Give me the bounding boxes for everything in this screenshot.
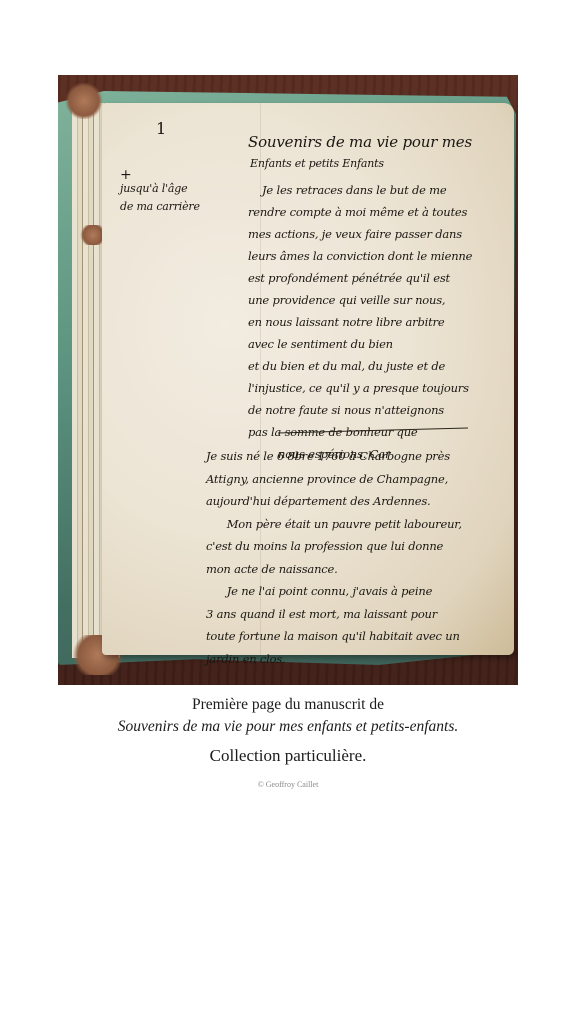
manuscript-line: mon acte de naissance. xyxy=(206,558,462,581)
manuscript-margin-note: + jusqu'à l'âge de ma carrière xyxy=(120,170,200,216)
manuscript-line: Je les retraces dans le but de me xyxy=(248,179,472,201)
manuscript-paragraph-1: Je les retraces dans le but de me rendre… xyxy=(248,179,472,465)
manuscript-line: Attigny, ancienne province de Champagne, xyxy=(206,468,462,491)
margin-note-line: jusqu'à l'âge xyxy=(120,180,200,198)
manuscript-line: jardin en clos. xyxy=(206,648,462,671)
manuscript-subtitle: Enfants et petits Enfants xyxy=(250,157,384,170)
manuscript-line: en nous laissant notre libre arbitre xyxy=(248,311,472,333)
manuscript-photo: 1 + jusqu'à l'âge de ma carrière Souveni… xyxy=(58,75,518,685)
manuscript-line: rendre compte à moi même et à toutes xyxy=(248,201,472,223)
photo-credit: © Geoffroy Caillet xyxy=(0,780,576,789)
manuscript-line: c'est du moins la profession que lui don… xyxy=(206,535,462,558)
manuscript-line: 3 ans quand il est mort, ma laissant pou… xyxy=(206,603,462,626)
caption-collection: Collection particulière. xyxy=(0,746,576,766)
manuscript-line: mes actions, je veux faire passer dans xyxy=(248,223,472,245)
caption-line-1: Première page du manuscrit de xyxy=(0,696,576,714)
manuscript-line: toute fortune la maison qu'il habitait a… xyxy=(206,625,462,648)
manuscript-paragraph-2: Je suis né le 6 8bre 1760 à Charbogne pr… xyxy=(206,445,462,670)
manuscript-line: et du bien et du mal, du juste et de xyxy=(248,355,472,377)
manuscript-title: Souvenirs de ma vie pour mes xyxy=(248,133,472,151)
manuscript-page-number: 1 xyxy=(156,119,166,138)
manuscript-line: Mon père était un pauvre petit laboureur… xyxy=(206,513,462,536)
manuscript-line: leurs âmes la conviction dont le mienne xyxy=(248,245,472,267)
manuscript-line: Je ne l'ai point connu, j'avais à peine xyxy=(206,580,462,603)
manuscript-line: est profondément pénétrée qu'il est xyxy=(248,267,472,289)
manuscript-line: aujourd'hui département des Ardennes. xyxy=(206,490,462,513)
manuscript-line: avec le sentiment du bien xyxy=(248,333,472,355)
manuscript-line: l'injustice, ce qu'il y a presque toujou… xyxy=(248,377,472,399)
margin-note-line: de ma carrière xyxy=(120,198,200,216)
binding-string-top xyxy=(64,83,104,119)
manuscript-line: de notre faute si nous n'atteignons xyxy=(248,399,472,421)
manuscript-line: Je suis né le 6 8bre 1760 à Charbogne pr… xyxy=(206,445,462,468)
manuscript-line: une providence qui veille sur nous, xyxy=(248,289,472,311)
caption-book-title: Souvenirs de ma vie pour mes enfants et … xyxy=(0,718,576,736)
